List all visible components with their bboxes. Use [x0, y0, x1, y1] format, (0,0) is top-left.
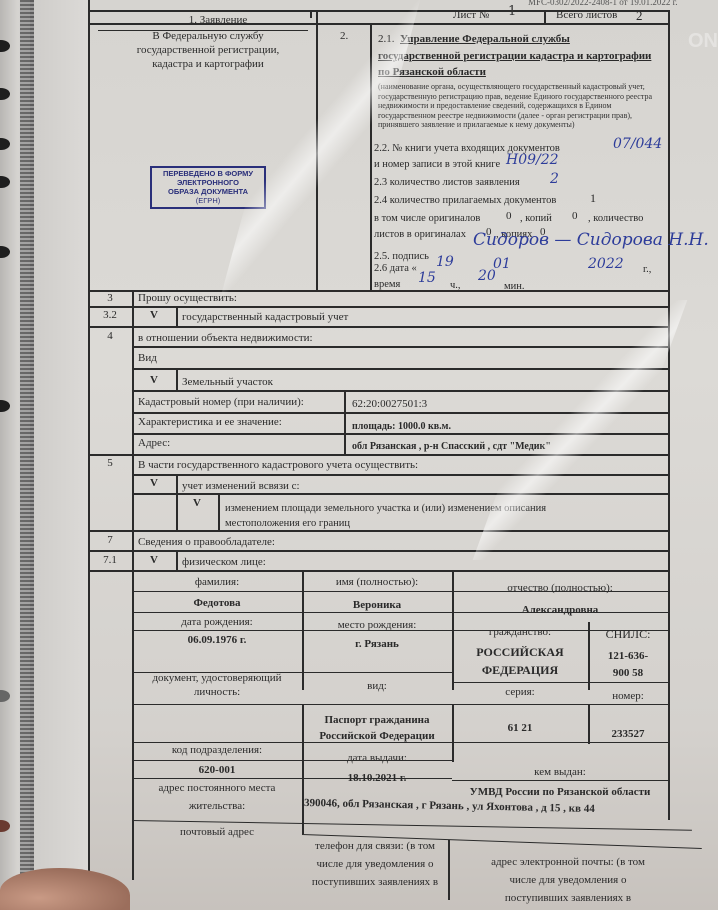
- row-4-number: 4: [88, 330, 132, 343]
- sheets-originals-label: листов в оригиналах: [374, 228, 466, 241]
- address-value: обл Рязанская , р-н Спасский , сдт "Меди…: [352, 440, 551, 453]
- citizenship-value: РОССИЙСКАЯ: [452, 646, 588, 659]
- watermark: ONREAL: [688, 30, 718, 53]
- area-change-text: местоположения его границ: [225, 517, 350, 530]
- surname-value: Федотова: [132, 597, 302, 610]
- row-7-1-number: 7.1: [88, 554, 132, 567]
- total-sheets-value: 2: [636, 9, 643, 22]
- incoming-book-value: 07/044: [613, 138, 662, 151]
- doc-type-value: Паспорт гражданина: [302, 714, 452, 727]
- dept-code-label: код подразделения:: [132, 744, 302, 757]
- row-3-number: 3: [88, 292, 132, 305]
- record-number-value: Н09/22: [506, 154, 559, 167]
- document-reference: MFC-0302/2022-2408-1 от 19.01.2022 г.: [528, 0, 678, 9]
- issued-by-value: УМВД России по Рязанской области: [452, 786, 668, 799]
- registry-organ-line: государственной регистрации кадастра и к…: [378, 50, 651, 63]
- doc-type-label: вид:: [302, 680, 452, 693]
- area-change-text: изменением площади земельного участка и …: [225, 502, 546, 515]
- residence-value: 390046, обл Рязанская , г Рязань , ул Ях…: [304, 797, 595, 816]
- residence-label: жительства:: [132, 800, 302, 813]
- row-5-number: 5: [88, 457, 132, 470]
- sheet-number-label: Лист №: [453, 9, 489, 22]
- punch-hole: [0, 176, 10, 188]
- row-3-text: Прошу осуществить:: [138, 292, 237, 305]
- punch-hole: [0, 88, 10, 100]
- registry-organ-line: Управление Федеральной службы: [400, 33, 570, 46]
- originals-label: в том числе оригиналов: [374, 212, 480, 225]
- date-year: 2022: [588, 258, 624, 271]
- date-day: 19: [436, 256, 454, 269]
- date-suffix: г.,: [643, 263, 651, 276]
- date-label: 2.6 дата «: [374, 262, 417, 275]
- statement-sheets-value: 2: [550, 173, 559, 186]
- citizenship-value: ФЕДЕРАЦИЯ: [452, 664, 588, 677]
- address-label: Адрес:: [138, 437, 170, 450]
- section1-title: 1. Заявление: [128, 14, 308, 27]
- issued-by-label: кем выдан:: [452, 766, 668, 779]
- id-document-label: личность:: [132, 686, 302, 699]
- row-3-2-checkbox[interactable]: V: [132, 309, 176, 322]
- birthdate-value: 06.09.1976 г.: [132, 634, 302, 647]
- cadastral-number-label: Кадастровый номер (при наличии):: [138, 396, 304, 409]
- statement-sheets-label: 2.3 количество листов заявления: [374, 176, 520, 189]
- addressee-line: кадастра и картографии: [108, 58, 308, 71]
- snils-value: 900 58: [588, 667, 668, 680]
- object-type-label: Вид: [138, 352, 157, 365]
- punch-hole: [0, 40, 10, 52]
- series-value: 61 21: [452, 722, 588, 735]
- section2-number: 2.: [340, 30, 348, 43]
- surname-label: фамилия:: [132, 576, 302, 589]
- number-value: 233527: [588, 728, 668, 741]
- citizenship-label: гражданство:: [452, 626, 588, 639]
- postal-address-label: почтовый адрес: [132, 826, 302, 839]
- attached-docs-value: 1: [590, 192, 596, 205]
- patronymic-value: Александровна: [452, 604, 668, 617]
- addressee-line: В Федеральную службу: [108, 30, 308, 43]
- series-label: серия:: [452, 686, 588, 699]
- record-number-label: и номер записи в этой книге: [374, 158, 500, 171]
- email-label: числе для уведомления о: [448, 874, 688, 887]
- punch-hole: [0, 400, 10, 412]
- name-label: имя (полностью):: [302, 576, 452, 589]
- punch-hole: [0, 246, 10, 258]
- name-value: Вероника: [302, 599, 452, 612]
- phone-label: числе для уведомления о: [302, 858, 448, 871]
- row-7-number: 7: [88, 534, 132, 547]
- individual-text: физическом лице:: [182, 556, 266, 569]
- cadastral-number-value: 62:20:0027501:3: [352, 398, 427, 411]
- individual-checkbox[interactable]: V: [132, 554, 176, 567]
- row-7-text: Сведения о правообладателе:: [138, 536, 275, 549]
- row-4-text: в отношении объекта недвижимости:: [138, 332, 313, 345]
- row-3-2-text: государственный кадастровый учет: [182, 311, 348, 324]
- row-3-2-number: 3.2: [88, 309, 132, 322]
- sheet-number-value: 1: [508, 5, 516, 18]
- birthdate-label: дата рождения:: [132, 616, 302, 629]
- copies-value: 0: [572, 210, 578, 223]
- attached-docs-label: 2.4 количество прилагаемых документов: [374, 194, 556, 207]
- signature-handwritten: Сидоров — Сидорова Н.Н.: [473, 234, 709, 247]
- punch-hole: [0, 820, 10, 832]
- changes-checkbox[interactable]: V: [132, 477, 176, 490]
- phone-label: телефон для связи: (в том: [302, 840, 448, 853]
- punch-hole: [0, 690, 10, 702]
- land-plot-checkbox[interactable]: V: [132, 374, 176, 387]
- punch-hole: [0, 138, 10, 150]
- number-label: номер:: [588, 690, 668, 703]
- snils-value: 121-636-: [588, 650, 668, 663]
- characteristic-label: Характеристика и ее значение:: [138, 416, 282, 429]
- time-minutes: 20: [478, 270, 496, 283]
- residence-label: адрес постоянного места: [132, 782, 302, 795]
- row-5-text: В части государственного кадастрового уч…: [138, 459, 418, 472]
- originals-value: 0: [506, 210, 512, 223]
- addressee-line: государственной регистрации,: [108, 44, 308, 57]
- dept-code-value: 620-001: [132, 764, 302, 777]
- phone-label: поступивших заявлениях в: [302, 876, 448, 889]
- page-margin: [34, 0, 89, 910]
- time-hours: 15: [418, 272, 436, 285]
- area-change-checkbox[interactable]: V: [176, 497, 218, 510]
- plastic-sleeve-edge: [20, 0, 34, 910]
- registry-organ-line: по Рязанской области: [378, 66, 486, 79]
- registry-organ-note: (наименование органа, осуществляющего го…: [378, 82, 663, 130]
- email-label: поступивших заявлениях в: [448, 892, 688, 905]
- patronymic-label: отчество (полностью):: [452, 582, 668, 595]
- changes-text: учет изменений всвязи с:: [182, 480, 300, 493]
- section2-1-label: 2.1.: [378, 33, 395, 46]
- total-sheets-label: Всего листов: [556, 9, 617, 22]
- document-page: ONREAL MFC-0302/2022-2408-1 от 19.01.202…: [88, 0, 718, 910]
- land-plot-text: Земельный участок: [182, 376, 273, 389]
- quantity-label: , количество: [588, 212, 643, 225]
- issue-date-label: дата выдачи:: [302, 752, 452, 765]
- characteristic-value: площадь: 1000.0 кв.м.: [352, 420, 451, 433]
- id-document-label: документ, удостоверяющий: [132, 672, 302, 685]
- birthplace-value: г. Рязань: [302, 638, 452, 651]
- electronic-copy-stamp: ПЕРЕВЕДЕНО В ФОРМУ ЭЛЕКТРОННОГО ОБРАЗА Д…: [150, 166, 266, 209]
- email-label: адрес электронной почты: (в том: [448, 856, 688, 869]
- copies-label: , копий: [520, 212, 552, 225]
